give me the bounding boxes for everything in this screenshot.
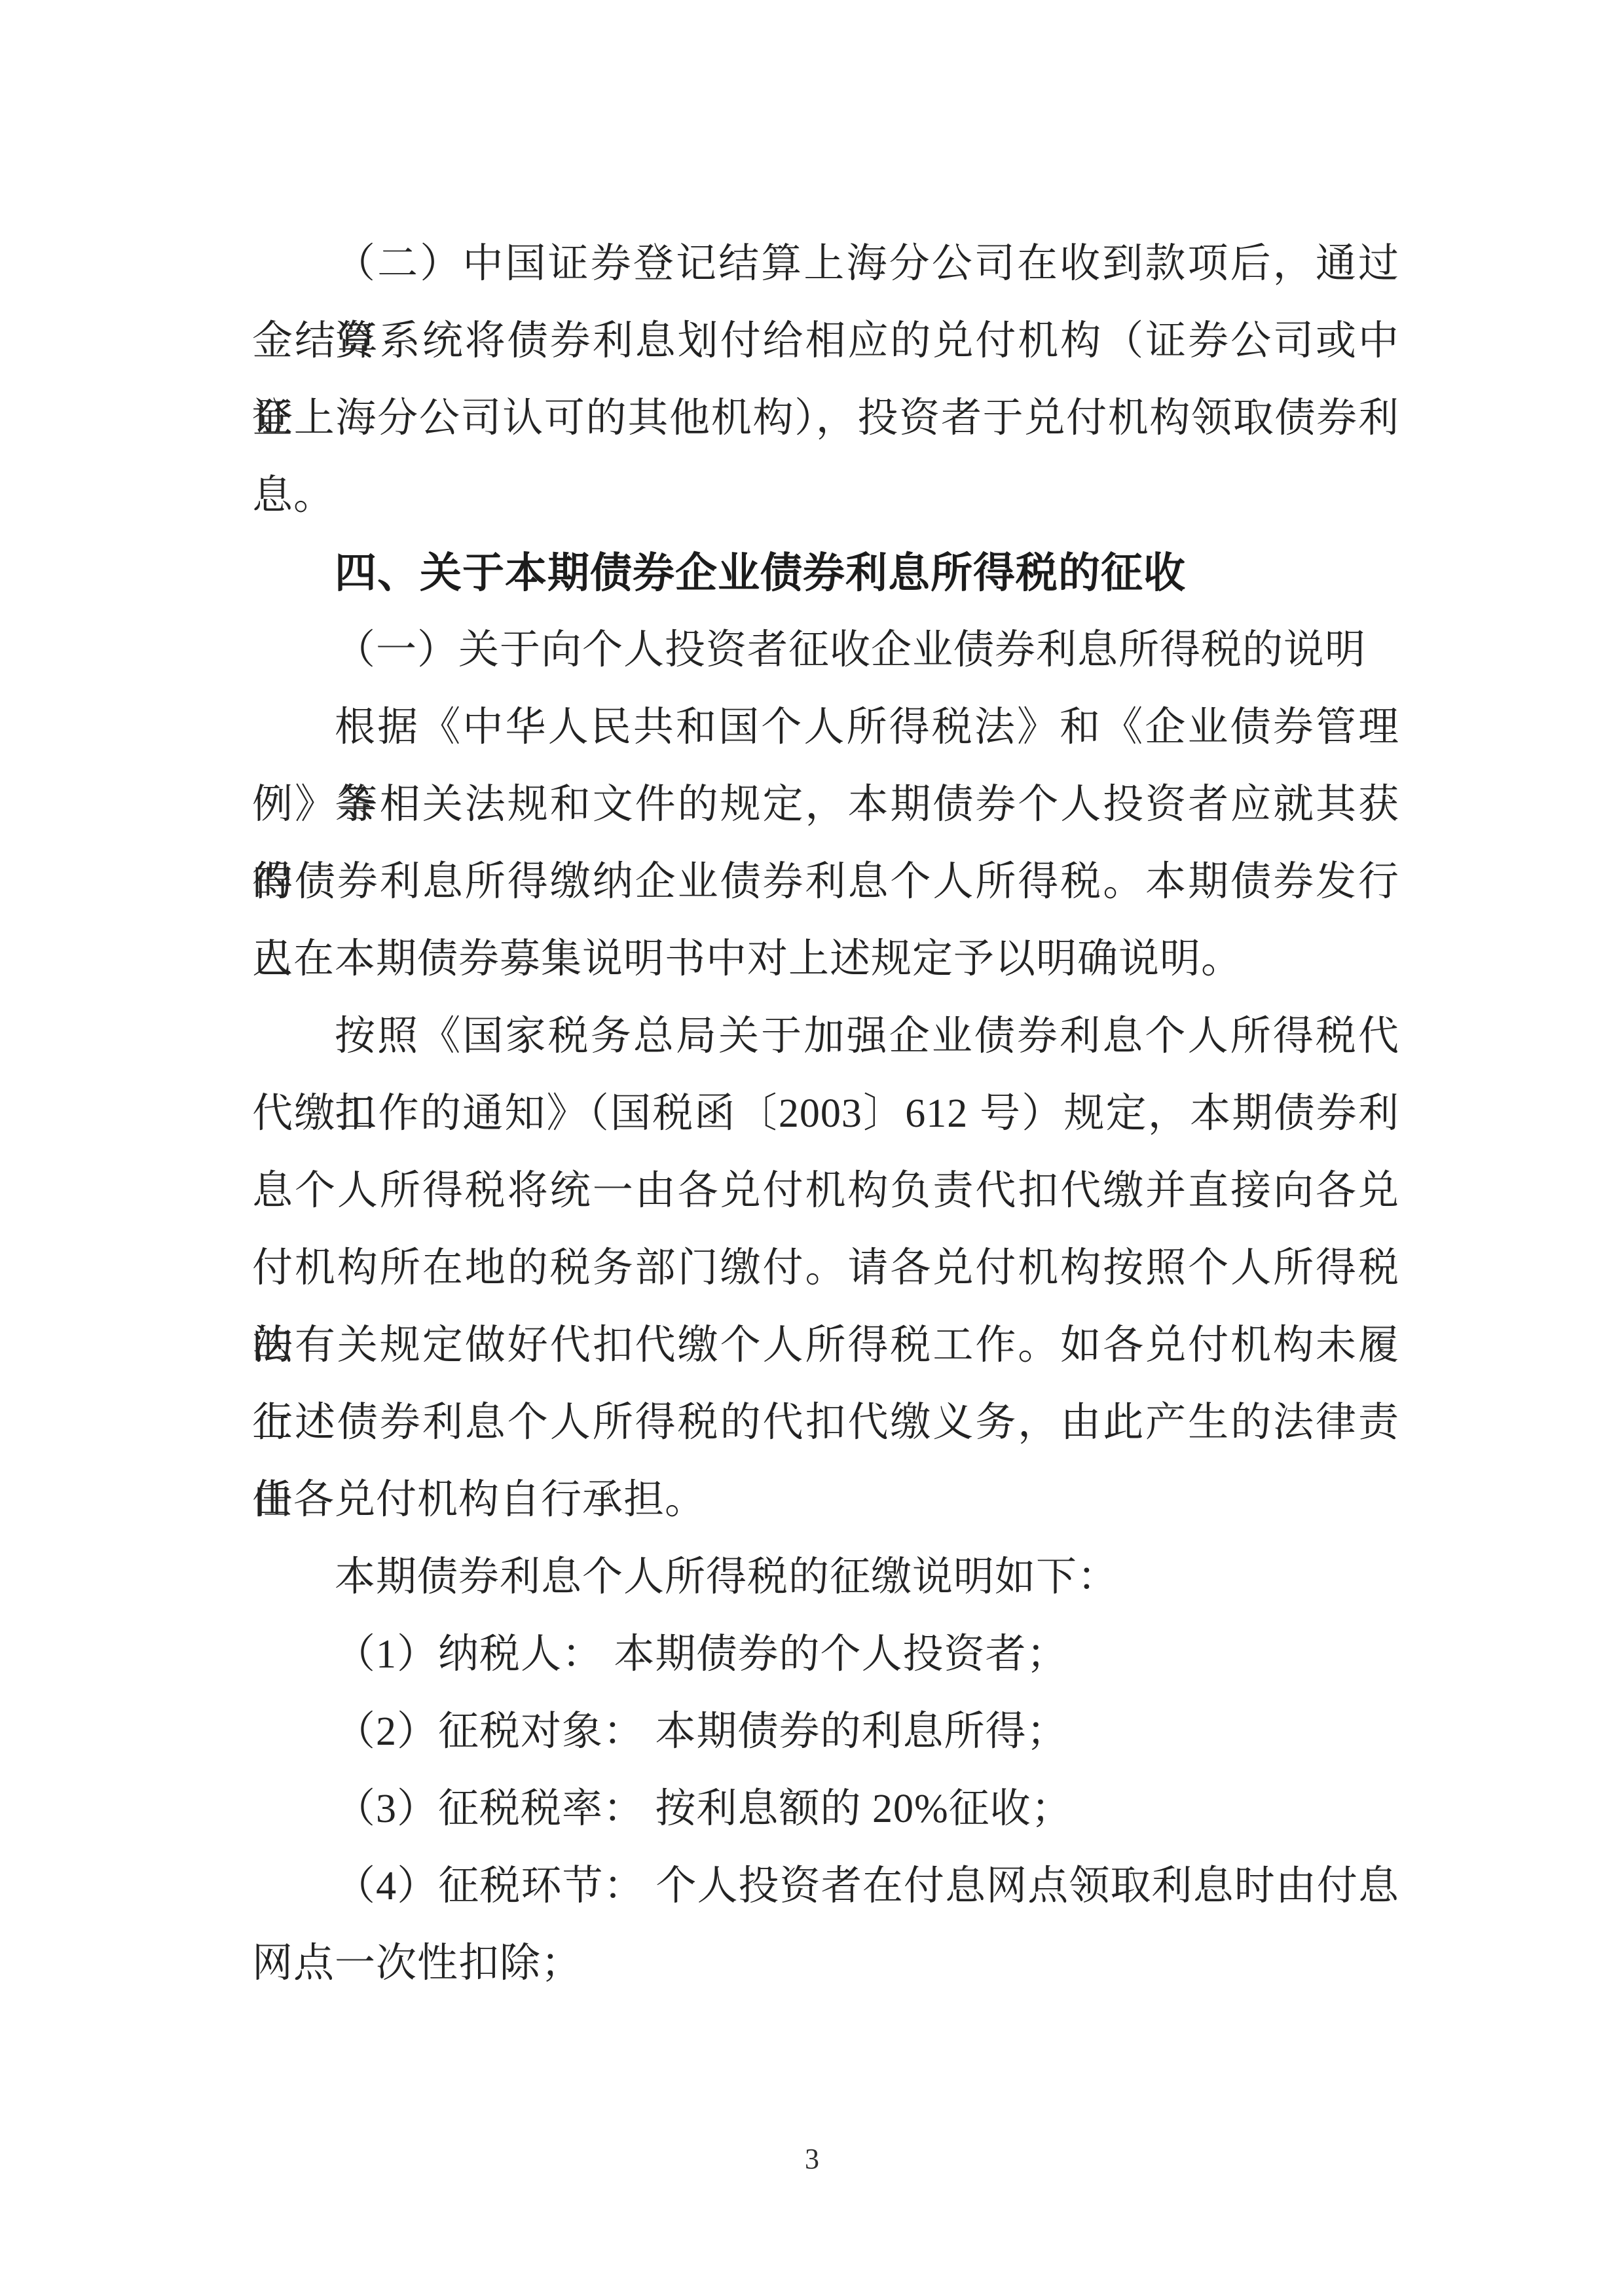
list-item: （4）征税环节： 个人投资者在付息网点领取利息时由付息 — [252, 1848, 1399, 1925]
paragraph-line: 的有关规定做好代扣代缴个人所得税工作。如各兑付机构未履行 — [252, 1307, 1399, 1384]
paragraph-line: 按照《国家税务总局关于加强企业债券利息个人所得税代扣 — [252, 998, 1399, 1075]
paragraph-line: 本期债券利息个人所得税的征缴说明如下： — [252, 1539, 1399, 1616]
paragraph-line: 付机构所在地的税务部门缴付。请各兑付机构按照个人所得税法 — [252, 1230, 1399, 1307]
paragraph-line: 根据《中华人民共和国个人所得税法》和《企业债券管理条 — [252, 689, 1399, 766]
subsection-heading: （一）关于向个人投资者征收企业债券利息所得税的说明 — [252, 611, 1399, 689]
list-item: （1）纳税人： 本期债券的个人投资者； — [252, 1616, 1399, 1693]
paragraph-line: 已在本期债券募集说明书中对上述规定予以明确说明。 — [252, 920, 1399, 998]
document-page: （二）中国证券登记结算上海分公司在收到款项后，通过资 金结算系统将债券利息划付给… — [0, 0, 1624, 2296]
section-heading: 四、关于本期债券企业债券利息所得税的征收 — [252, 534, 1399, 611]
paragraph-line: 登上海分公司认可的其他机构），投资者于兑付机构领取债券利 — [252, 380, 1399, 457]
paragraph-line: 上述债券利息个人所得税的代扣代缴义务，由此产生的法律责任 — [252, 1384, 1399, 1461]
paragraph-line: 的债券利息所得缴纳企业债券利息个人所得税。本期债券发行人 — [252, 843, 1399, 920]
document-body: （二）中国证券登记结算上海分公司在收到款项后，通过资 金结算系统将债券利息划付给… — [252, 225, 1399, 2002]
paragraph-line: 由各兑付机构自行承担。 — [252, 1461, 1399, 1539]
paragraph-line: 代缴工作的通知》（国税函〔2003〕612 号）规定，本期债券利 — [252, 1075, 1399, 1152]
paragraph-line: 金结算系统将债券利息划付给相应的兑付机构（证券公司或中证 — [252, 302, 1399, 380]
paragraph-line: （二）中国证券登记结算上海分公司在收到款项后，通过资 — [252, 225, 1399, 302]
list-item: （2）征税对象： 本期债券的利息所得； — [252, 1693, 1399, 1770]
paragraph-line: 息。 — [252, 457, 1399, 534]
paragraph-line: 息个人所得税将统一由各兑付机构负责代扣代缴并直接向各兑 — [252, 1152, 1399, 1230]
paragraph-line: 例》等相关法规和文件的规定，本期债券个人投资者应就其获得 — [252, 766, 1399, 843]
list-item: 网点一次性扣除； — [252, 1925, 1399, 2002]
list-item: （3）征税税率： 按利息额的 20%征收； — [252, 1770, 1399, 1848]
page-number: 3 — [0, 2140, 1624, 2179]
